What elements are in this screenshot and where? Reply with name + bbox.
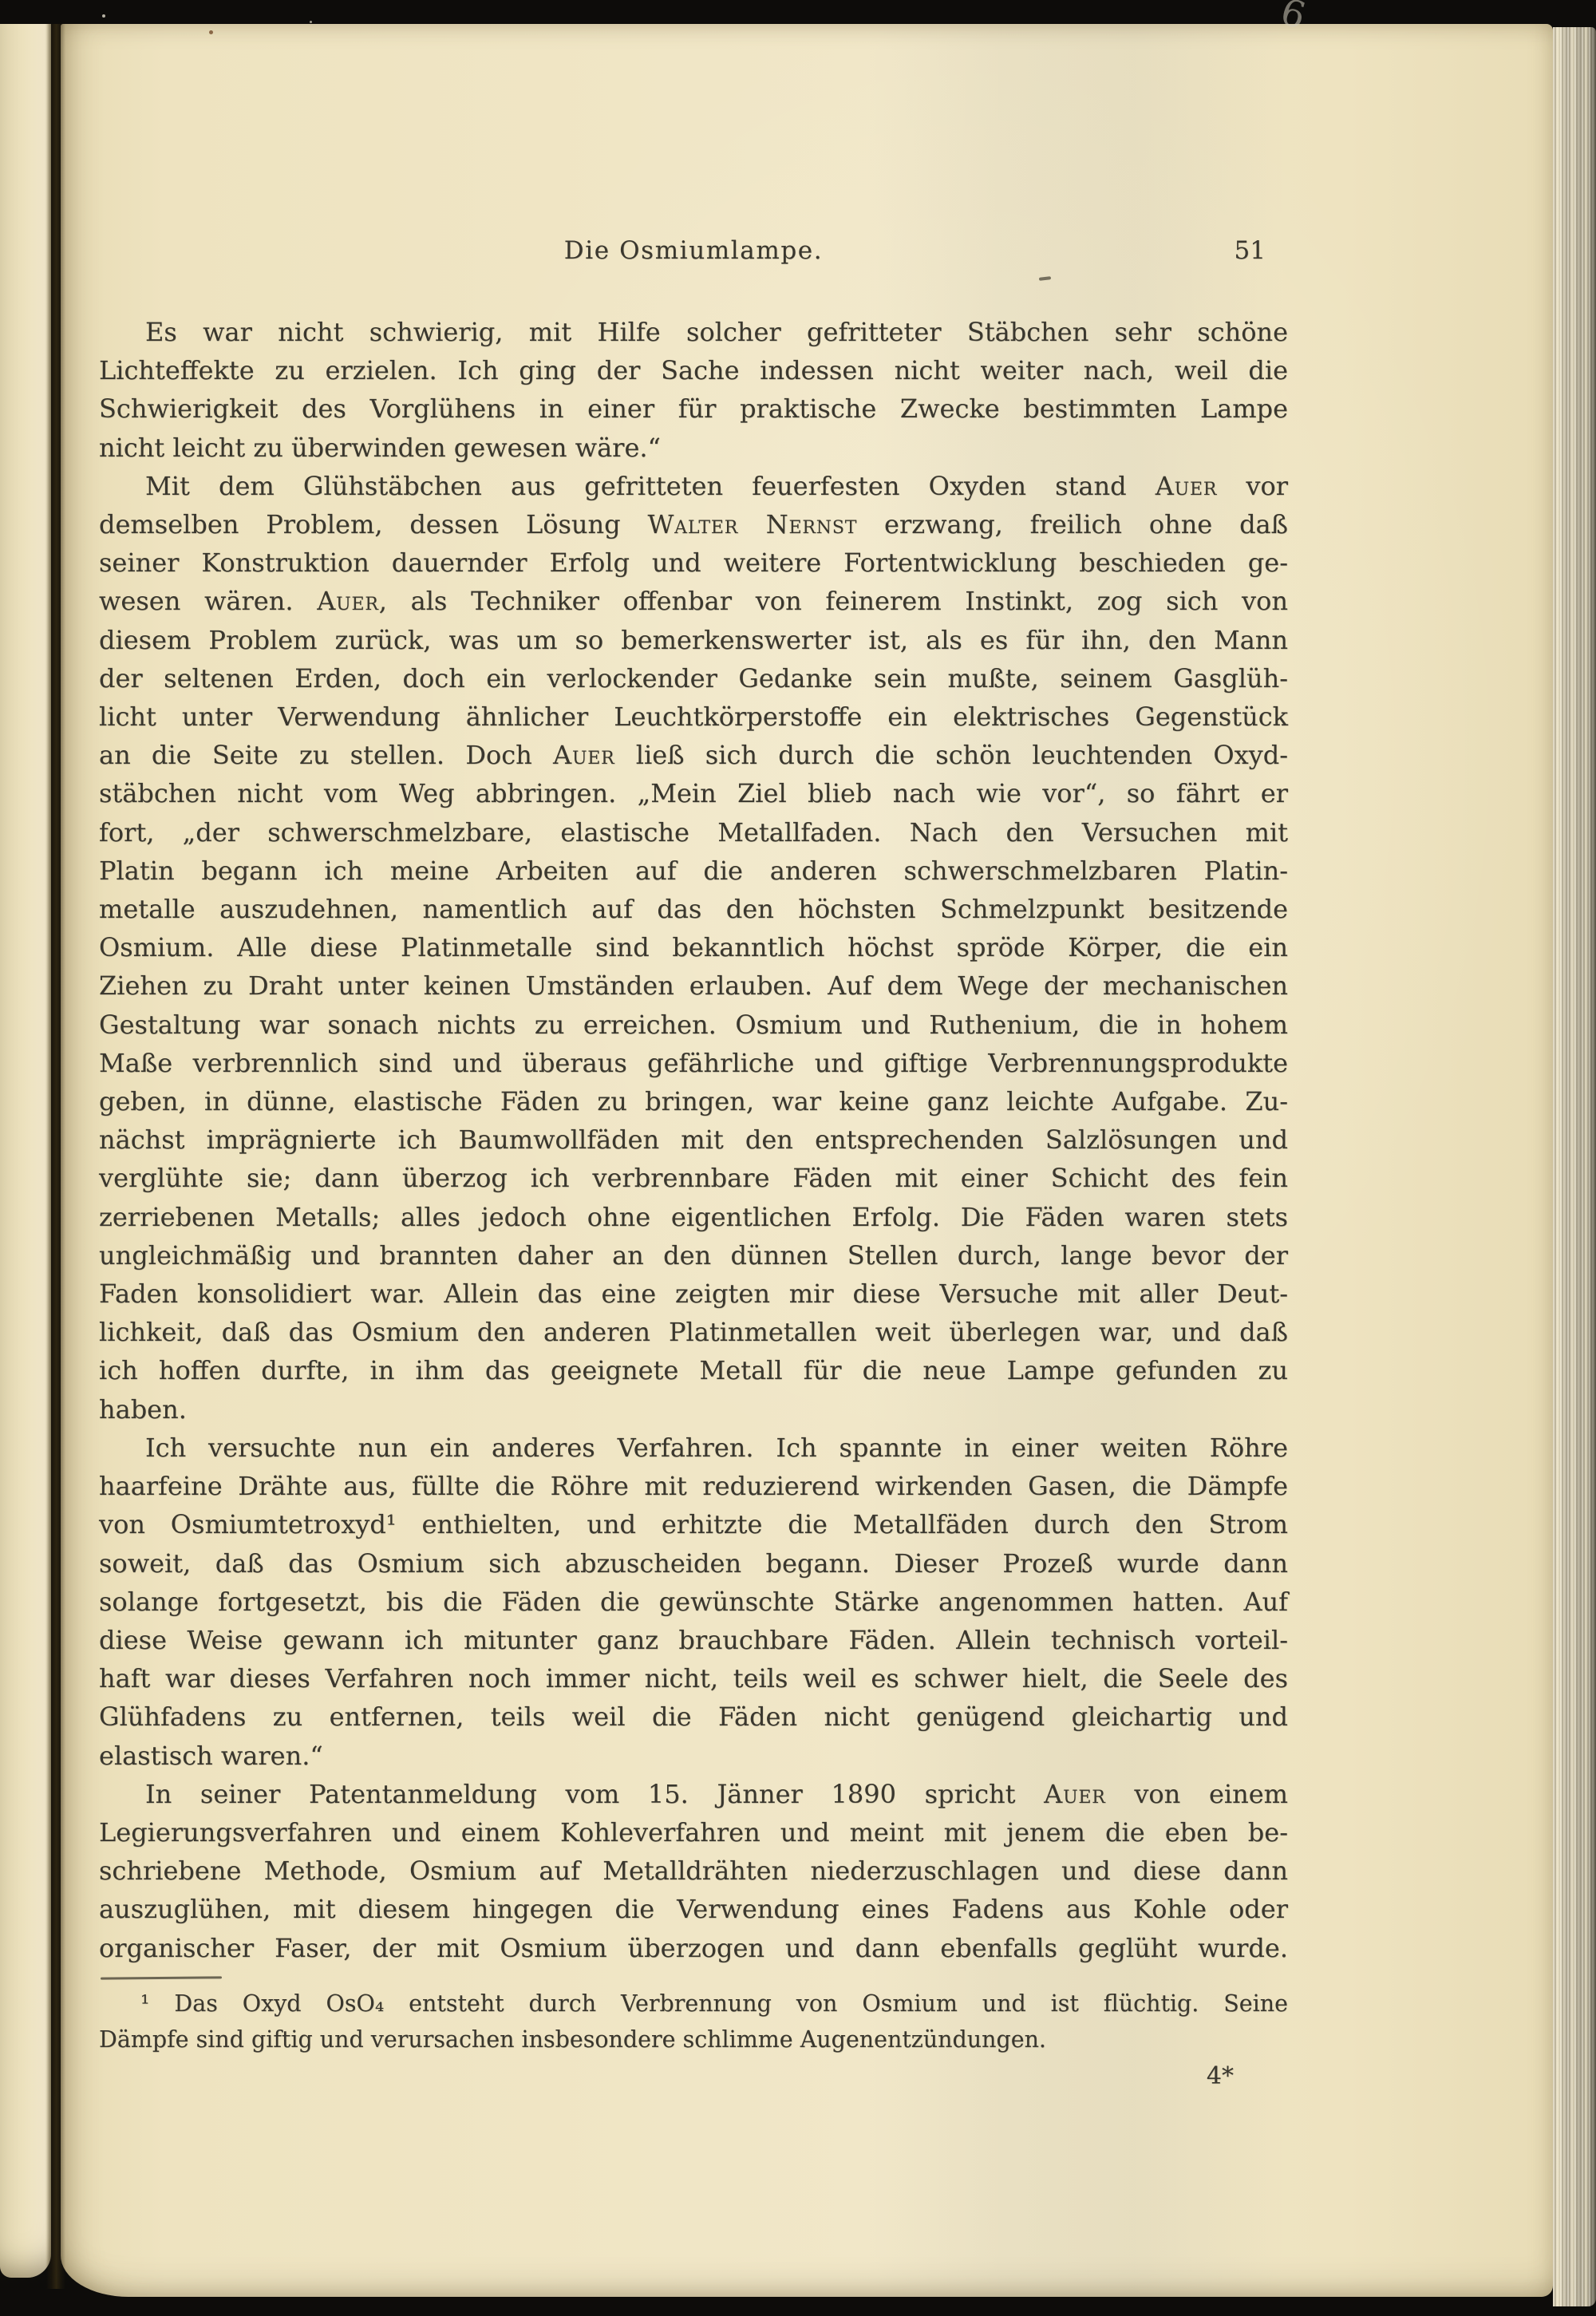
text-line: verglühte sie; dann überzog ich verbrenn… [99, 1159, 1288, 1197]
text-line: soweit, daß das Osmium sich abzuscheiden… [99, 1544, 1288, 1583]
running-head: Die Osmiumlampe. [99, 233, 1288, 268]
footnote-text: ¹ Das Oxyd OsO₄ entsteht durch Verbrennu… [99, 1986, 1288, 2057]
person-name: Auer [1044, 1779, 1105, 1809]
page-number: 51 [1235, 233, 1266, 268]
text-line: von Osmiumtetroxyd¹ enthielten, und erhi… [99, 1505, 1288, 1543]
text-line: solange fortgesetzt, bis die Fäden die g… [99, 1583, 1288, 1621]
text-line: Es war nicht schwierig, mit Hilfe solche… [99, 313, 1288, 351]
text-line: der seltenen Erden, doch ein verlockende… [99, 659, 1288, 698]
text-line: elastisch waren.“ [99, 1737, 1288, 1775]
text-line: lichkeit, daß das Osmium den anderen Pla… [99, 1313, 1288, 1351]
text-line: ungleichmäßig und brannten daher an den … [99, 1236, 1288, 1275]
text-line: nächst imprägnierte ich Baumwollfäden mi… [99, 1120, 1288, 1159]
previous-page-edge [0, 24, 51, 2278]
text-line: Dämpfe sind giftig und verursachen insbe… [99, 2022, 1288, 2057]
text-line: Schwierigkeit des Vorglühens in einer fü… [99, 389, 1288, 428]
person-name: Walter Nernst [647, 509, 857, 539]
text-line: demselben Problem, dessen Lösung Walter … [99, 505, 1288, 543]
text-line: fort, „der schwerschmelzbare, elastische… [99, 813, 1288, 852]
text-line: haarfeine Drähte aus, füllte die Röhre m… [99, 1467, 1288, 1505]
text-line: Legierungsverfahren und einem Kohleverfa… [99, 1813, 1288, 1852]
text-line: organischer Faser, der mit Osmium überzo… [99, 1929, 1288, 1967]
text-line: an die Seite zu stellen. Doch Auer ließ … [99, 736, 1288, 774]
text-line: haben. [99, 1390, 1288, 1429]
text-line: ¹ Das Oxyd OsO₄ entsteht durch Verbrennu… [99, 1986, 1288, 2022]
text-line: diesem Problem zurück, was um so bemerke… [99, 621, 1288, 659]
text-line: ich hoffen durfte, in ihm das geeignete … [99, 1351, 1288, 1389]
text-line: Platin begann ich meine Arbeiten auf die… [99, 852, 1288, 890]
page-header: Die Osmiumlampe. 51 [99, 233, 1288, 268]
scan-speck [102, 14, 105, 18]
text-line: nicht leicht zu überwinden gewesen wäre.… [99, 429, 1288, 467]
page-content: Die Osmiumlampe. 51 Es war nicht schwier… [99, 233, 1288, 2093]
text-line: haft war dieses Verfahren noch immer nic… [99, 1659, 1288, 1697]
text-line: Faden konsolidiert war. Allein das eine … [99, 1275, 1288, 1313]
text-line: Gestaltung war sonach nichts zu erreiche… [99, 1006, 1288, 1044]
text-line: geben, in dünne, elastische Fäden zu bri… [99, 1082, 1288, 1120]
text-line: seiner Konstruktion dauernder Erfolg und… [99, 543, 1288, 582]
scan-speck [209, 30, 213, 34]
text-line: Maße verbrennlich sind und überaus gefäh… [99, 1044, 1288, 1082]
person-name: Auer [317, 586, 378, 616]
text-line: Mit dem Glühstäbchen aus gefritteten feu… [99, 467, 1288, 505]
text-line: Ziehen zu Draht unter keinen Umständen e… [99, 966, 1288, 1005]
body-text: Es war nicht schwierig, mit Hilfe solche… [99, 313, 1288, 1967]
text-line: schriebene Methode, Osmium auf Metalldrä… [99, 1852, 1288, 1890]
book-scan-photo: { "page": { "running_head": "Die Osmiuml… [0, 0, 1596, 2316]
text-line: stäbchen nicht vom Weg abbringen. „Mein … [99, 774, 1288, 812]
text-line: zerriebenen Metalls; alles jedoch ohne e… [99, 1198, 1288, 1236]
text-line: Lichteffekte zu erzielen. Ich ging der S… [99, 351, 1288, 389]
text-line: diese Weise gewann ich mitunter ganz bra… [99, 1621, 1288, 1659]
person-name: Auer [1156, 471, 1217, 501]
text-line: licht unter Verwendung ähnlicher Leuchtk… [99, 698, 1288, 736]
text-line: auszuglühen, mit diesem hingegen die Ver… [99, 1890, 1288, 1928]
text-line: wesen wären. Auer, als Techniker offenba… [99, 582, 1288, 620]
text-line: metalle auszudehnen, namentlich auf das … [99, 890, 1288, 928]
fore-edge-page-stack [1553, 27, 1596, 2306]
text-line: Ich versuchte nun ein anderes Verfahren.… [99, 1429, 1288, 1467]
text-line: In seiner Patentanmeldung vom 15. Jänner… [99, 1775, 1288, 1813]
text-line: Glühfadens zu entfernen, teils weil die … [99, 1697, 1288, 1736]
scan-speck [310, 21, 312, 23]
footnote-rule [101, 1976, 222, 1979]
text-line: Osmium. Alle diese Platinmetalle sind be… [99, 928, 1288, 966]
person-name: Auer [553, 740, 614, 770]
signature-mark: 4* [99, 2061, 1288, 2093]
